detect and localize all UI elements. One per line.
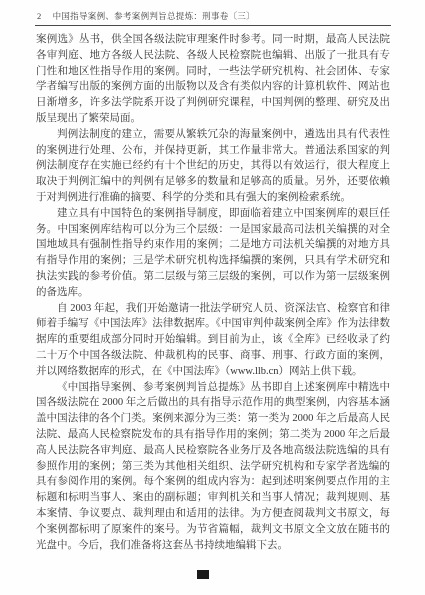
printers-mark xyxy=(197,570,209,579)
paragraph-continuation: 案例选》丛书，供全国各级法院审理案件时参考。同一时期，最高人民法院各审判庭、地方… xyxy=(36,32,390,127)
running-header: 2中国指导案例、参考案例判旨总提炼：刑事卷〔三〕 xyxy=(37,10,392,22)
paragraph: 自 2003 年起，我们开始邀请一批法学研究人员、资深法官、检察官和律师着手编写… xyxy=(36,301,390,380)
header-rule xyxy=(35,25,391,26)
page-body: 案例选》丛书，供全国各级法院审理案件时参考。同一时期，最高人民法院各审判庭、地方… xyxy=(36,32,390,553)
page-number: 2 xyxy=(37,10,42,22)
book-page: 2中国指导案例、参考案例判旨总提炼：刑事卷〔三〕 案例选》丛书，供全国各级法院审… xyxy=(0,0,425,595)
running-title: 中国指导案例、参考案例判旨总提炼：刑事卷〔三〕 xyxy=(53,11,255,21)
paragraph: 建立具有中国特色的案例指导制度，即面临着建立中国案例库的艰巨任务。中国案例库结构… xyxy=(36,206,390,301)
paragraph: 判例法制度的建立，需要从繁轶冗杂的海量案例中，遴选出具有代表性的案例进行处理、公… xyxy=(36,127,390,206)
paragraph: 《中国指导案例、参考案例判旨总提炼》丛书即自上述案例库中精选中国各级法院在 20… xyxy=(36,380,390,554)
